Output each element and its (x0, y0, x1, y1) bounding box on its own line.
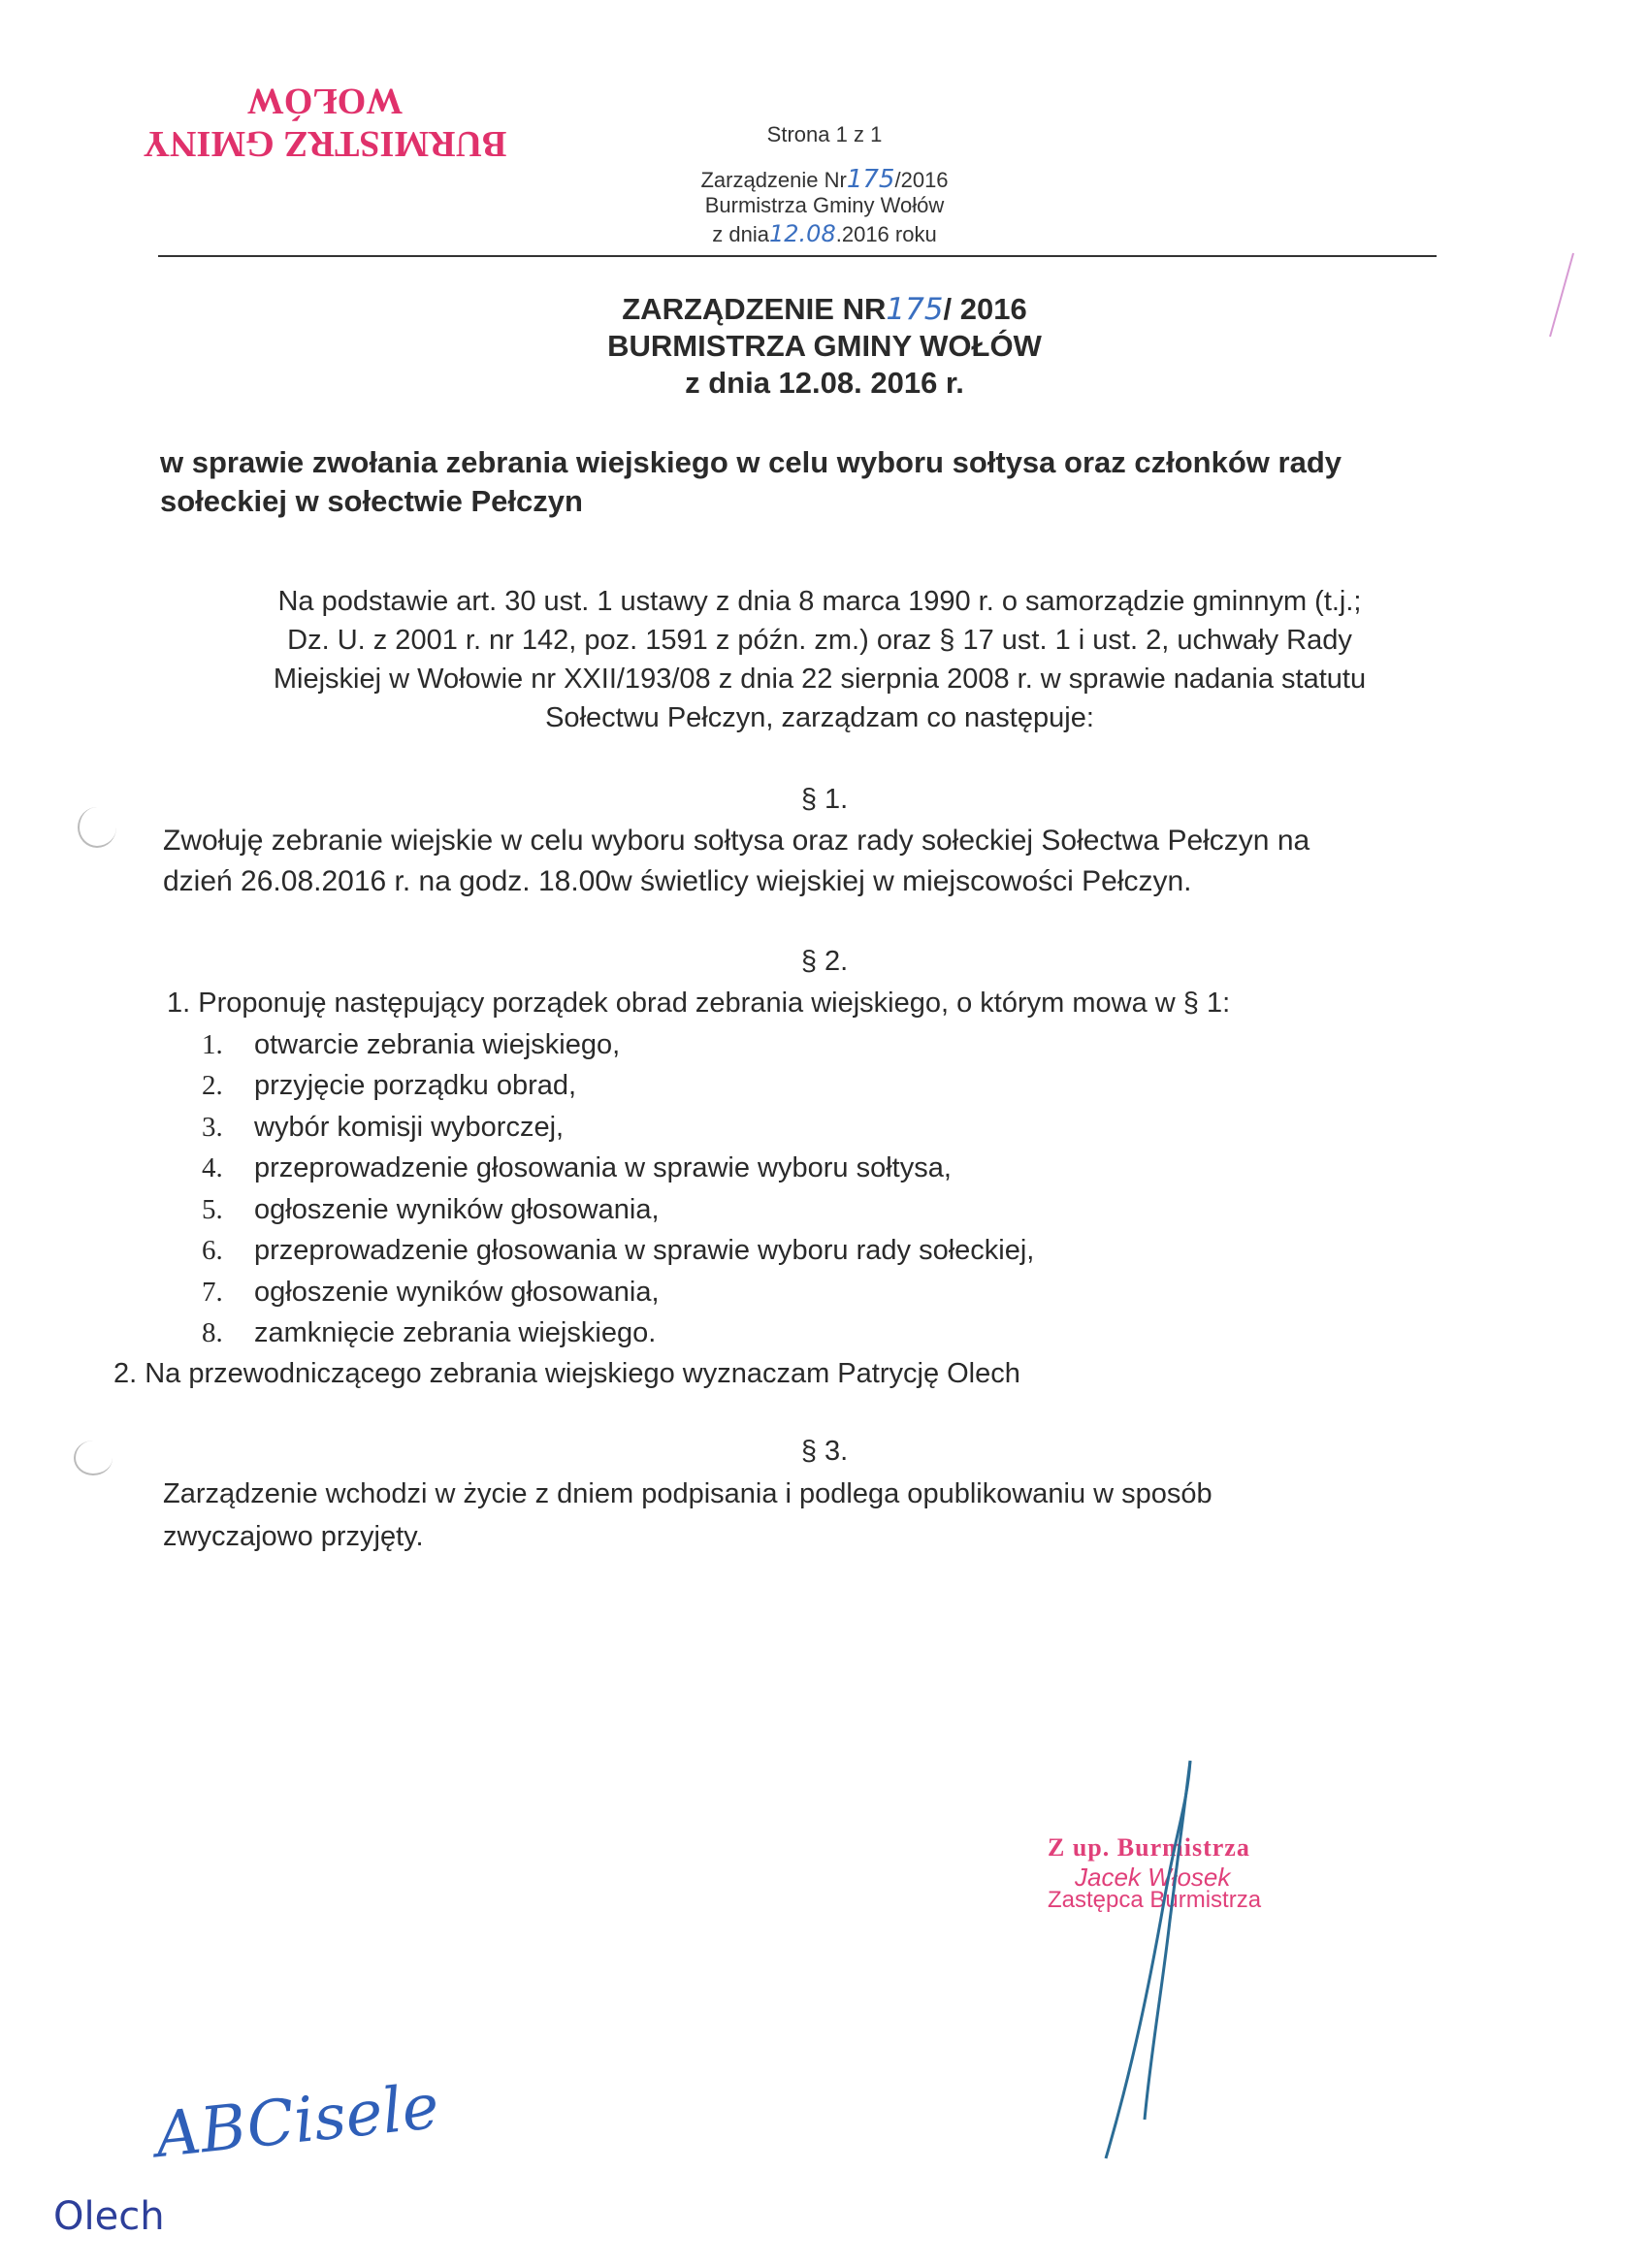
title-line-1: ZARZĄDZENIE NR175/ 2016 (0, 291, 1649, 328)
agenda-item-text: przeprowadzenie głosowania w sprawie wyb… (254, 1152, 952, 1184)
agenda-item-text: ogłoszenie wyników głosowania, (254, 1194, 660, 1226)
agenda-item-number: 7. (202, 1277, 254, 1309)
agenda-item: 4.przeprowadzenie głosowania w sprawie w… (202, 1149, 1034, 1190)
header-divider (158, 255, 1437, 257)
header-handwritten-date: 12.08 (769, 220, 836, 247)
page-indicator-text: Strona 1 z 1 (767, 122, 883, 146)
agenda-item: 6.przeprowadzenie głosowania w sprawie w… (202, 1231, 1034, 1273)
preamble-line-3: Miejskiej w Wołowie nr XXII/193/08 z dni… (165, 660, 1474, 698)
header-date-label: z dnia (712, 222, 769, 246)
agenda-item-text: przyjęcie porządku obrad, (254, 1070, 576, 1102)
section-3-body: Zarządzenie wchodzi w życie z dniem podp… (163, 1473, 1443, 1558)
section-1-heading: § 1. (0, 784, 1649, 816)
header-date-year: .2016 roku (836, 222, 937, 246)
section-1-line-2: dzień 26.08.2016 r. na godz. 18.00w świe… (163, 861, 1482, 902)
title-year: / 2016 (944, 292, 1027, 326)
section-2-point-1: 1. Proponuję następujący porządek obrad … (167, 983, 1428, 1023)
agenda-item-text: ogłoszenie wyników głosowania, (254, 1277, 660, 1309)
agenda-item-text: otwarcie zebrania wiejskiego, (254, 1029, 620, 1061)
section-3-heading: § 3. (0, 1436, 1649, 1468)
agenda-item-number: 2. (202, 1070, 254, 1102)
header-handwritten-number: 175 (847, 165, 895, 194)
agenda-item-number: 6. (202, 1235, 254, 1267)
title-line-3: z dnia 12.08. 2016 r. (0, 365, 1649, 402)
agenda-item-number: 4. (202, 1152, 254, 1184)
section-1-line-1: Zwołuję zebranie wiejskie w celu wyboru … (163, 821, 1482, 861)
preamble-line-4: Sołectwu Pełczyn, zarządzam co następuje… (165, 698, 1474, 737)
agenda-item-text: zamknięcie zebrania wiejskiego. (254, 1317, 656, 1349)
preamble-line-1: Na podstawie art. 30 ust. 1 ustawy z dni… (165, 582, 1474, 621)
header-line-2: Burmistrza Gminy Wołów (0, 193, 1649, 218)
section-3-line-2: zwyczajowo przyjęty. (163, 1515, 1443, 1558)
section-2-heading: § 2. (0, 946, 1649, 978)
agenda-list: 1.otwarcie zebrania wiejskiego,2.przyjęc… (202, 1024, 1034, 1354)
agenda-item: 5.ogłoszenie wyników głosowania, (202, 1189, 1034, 1231)
page-indicator: Strona 1 z 1 (0, 122, 1649, 147)
preamble: Na podstawie art. 30 ust. 1 ustawy z dni… (165, 582, 1474, 737)
header-line-1: Zarządzenie Nr175/2016 (0, 165, 1649, 194)
agenda-item-number: 3. (202, 1112, 254, 1144)
signature-stroke-icon (1086, 1746, 1222, 2173)
agenda-item-number: 5. (202, 1194, 254, 1226)
agenda-item: 7.ogłoszenie wyników głosowania, (202, 1272, 1034, 1313)
agenda-item: 8.zamknięcie zebrania wiejskiego. (202, 1313, 1034, 1355)
agenda-item-number: 1. (202, 1029, 254, 1061)
section-1-body: Zwołuję zebranie wiejskie w celu wyboru … (163, 821, 1482, 902)
section-3-line-1: Zarządzenie wchodzi w życie z dniem podp… (163, 1473, 1443, 1515)
preamble-line-2: Dz. U. z 2001 r. nr 142, poz. 1591 z póź… (165, 621, 1474, 660)
header-year: /2016 (894, 168, 948, 192)
header-ordinance-label: Zarządzenie Nr (700, 168, 846, 192)
agenda-item: 2.przyjęcie porządku obrad, (202, 1066, 1034, 1108)
title-line-2: BURMISTRZA GMINY WOŁÓW (0, 328, 1649, 365)
agenda-item-text: przeprowadzenie głosowania w sprawie wyb… (254, 1235, 1034, 1267)
handwritten-name-note: Olech (53, 2194, 165, 2239)
title-ordinance-label: ZARZĄDZENIE NR (622, 292, 886, 326)
title-handwritten-number: 175 (886, 292, 943, 327)
section-2-point-2: 2. Na przewodniczącego zebrania wiejskie… (113, 1353, 1374, 1394)
document-subject: w sprawie zwołania zebrania wiejskiego w… (160, 443, 1460, 521)
agenda-item: 1.otwarcie zebrania wiejskiego, (202, 1024, 1034, 1066)
agenda-item: 3.wybór komisji wyborczej, (202, 1107, 1034, 1149)
agenda-item-number: 8. (202, 1317, 254, 1349)
agenda-item-text: wybór komisji wyborczej, (254, 1112, 564, 1144)
acknowledgement-signature: ABCisele (152, 2071, 442, 2172)
header-line-3: z dnia12.08.2016 roku (0, 220, 1649, 247)
